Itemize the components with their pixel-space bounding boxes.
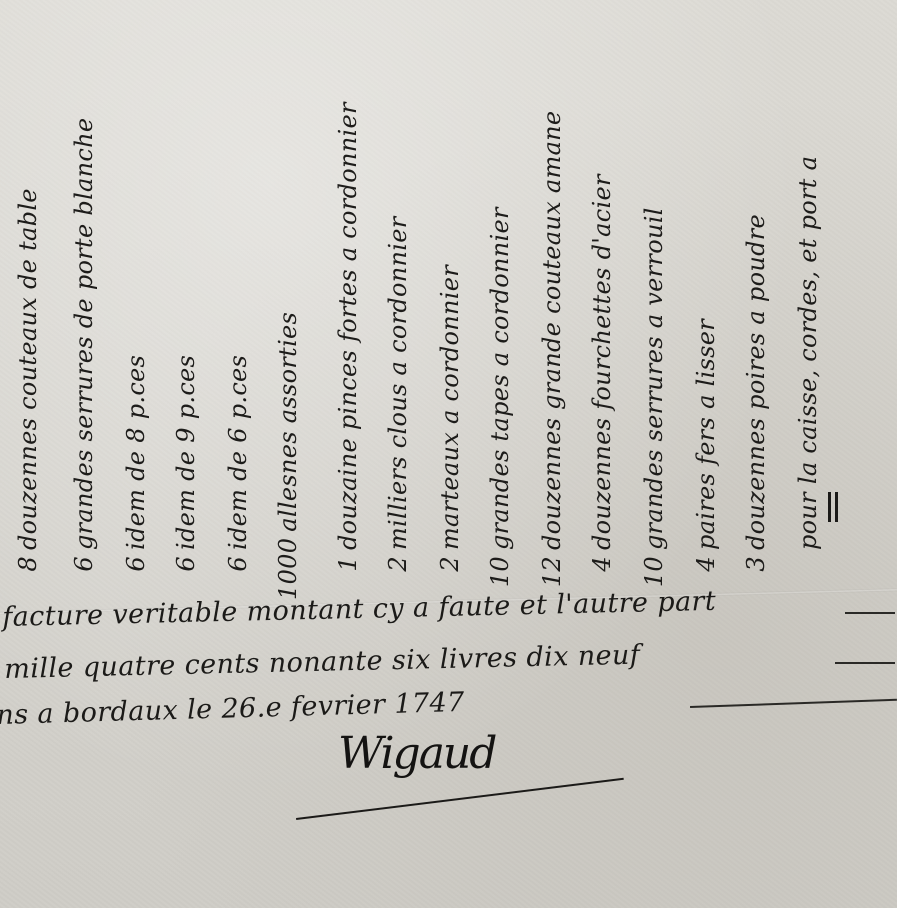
item-description: idem de 8 p.ces <box>122 355 150 550</box>
item-description: pour la caisse, cordes, et port a <box>794 156 822 550</box>
line-dash <box>845 612 895 614</box>
signature: Wigaud <box>338 728 495 779</box>
item-qty: 6 <box>70 556 98 600</box>
line-dash <box>835 662 895 664</box>
item-qty: 8 <box>14 556 42 600</box>
item-description: idem de 6 p.ces <box>224 355 252 550</box>
item-description: douzennes grande couteaux amane <box>538 111 566 550</box>
item-list: 8 douzennes couteaux de table 6 grandes … <box>0 0 897 600</box>
item-description: douzennes fourchettes d'acier <box>588 174 616 550</box>
item-description: douzennes couteaux de table <box>14 188 42 550</box>
item-row: 12 douzennes grande couteaux amane <box>526 111 566 600</box>
item-row: 1000 allesnes assorties <box>262 306 302 600</box>
item-row: 4 douzennes fourchettes d'acier <box>576 168 616 600</box>
item-row: 2 marteaux a cordonnier <box>424 259 464 600</box>
item-qty: 1000 <box>274 538 302 600</box>
item-row: 3 douzennes poires a poudre <box>730 208 770 600</box>
margin-heading: un petit Ba <box>890 52 897 400</box>
item-description: grandes tapes a cordonnier <box>486 207 514 550</box>
item-description: marteaux a cordonnier <box>436 265 464 550</box>
item-row: 10 grandes serrures a verrouil <box>628 201 668 600</box>
item-row: 6 idem de 9 p.ces <box>160 349 200 600</box>
item-qty: 6 <box>224 556 252 600</box>
item-row: 6 idem de 6 p.ces <box>212 349 252 600</box>
item-description: grandes serrures de porte blanche <box>70 118 98 550</box>
item-row: 6 idem de 8 p.ces <box>110 349 150 600</box>
item-row: pour la caisse, cordes, et port a <box>782 156 822 600</box>
item-description: paires fers a lisser <box>692 319 720 550</box>
item-description: grandes serrures a verrouil <box>640 207 668 550</box>
item-row: 4 paires fers a lisser <box>680 313 720 600</box>
item-row: 6 grandes serrures de porte blanche <box>58 118 98 600</box>
item-description: idem de 9 p.ces <box>172 355 200 550</box>
item-description: milliers clous a cordonnier <box>384 216 412 550</box>
item-description: allesnes assorties <box>274 312 302 532</box>
item-row: 2 milliers clous a cordonnier <box>372 210 412 600</box>
item-description: douzaine pinces fortes a cordonnier <box>334 102 362 550</box>
item-qty: 3 <box>742 556 770 600</box>
item-description: douzennes poires a poudre <box>742 214 770 550</box>
item-row: 8 douzennes couteaux de table <box>2 182 42 600</box>
equals-mark <box>828 492 838 522</box>
item-row: 1 douzaine pinces fortes a cordonnier <box>322 102 362 600</box>
item-qty: 6 <box>122 556 150 600</box>
item-row: 10 grandes tapes a cordonnier <box>474 201 514 600</box>
item-qty: 6 <box>172 556 200 600</box>
